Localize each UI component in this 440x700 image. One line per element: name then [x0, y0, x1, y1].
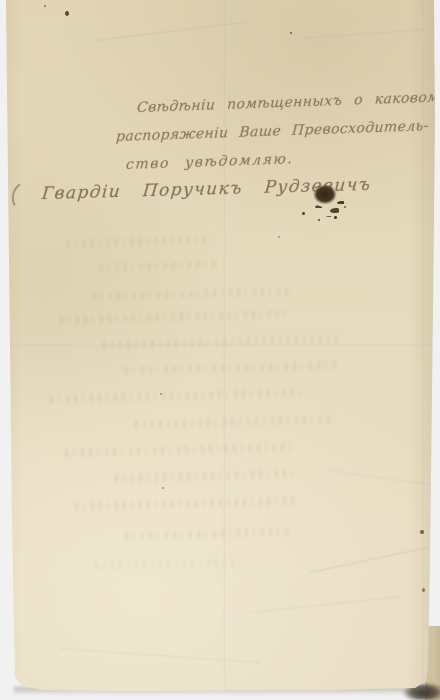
ink-showthrough-line: [70, 497, 295, 511]
ink-showthrough-line: [130, 415, 335, 429]
ink-showthrough-line: [120, 361, 340, 375]
ink-showthrough-line: [95, 260, 220, 271]
handwritten-line-3: ство увѣдомляю.: [125, 151, 294, 173]
ink-showthrough-line: [98, 335, 343, 350]
ink-showthrough-line: [62, 236, 212, 248]
wrinkle-bottom-1: [60, 648, 260, 663]
paper-speck: [65, 11, 69, 16]
ink-spatter-dot: [334, 216, 337, 219]
ink-spatter-dot: [344, 206, 346, 208]
paper-speck: [278, 236, 280, 238]
ink-showthrough-line: [88, 287, 288, 301]
crease-right-tear: [310, 547, 430, 574]
edge-tear-mark: [422, 588, 425, 592]
ink-showthrough-line: [55, 310, 290, 325]
paper-speck: [160, 393, 162, 395]
scanned-document: Свѣдѣніи помѣщенныхъ о каковомъ распоряж…: [0, 0, 440, 700]
paper-speck: [44, 5, 46, 7]
edge-tear-mark: [420, 530, 424, 534]
ink-showthrough-line: [110, 469, 295, 482]
paper-speck: [162, 487, 164, 489]
handwritten-line-1: Свѣдѣніи помѣщенныхъ о каковомъ: [136, 89, 440, 116]
ink-spatter-dot: [318, 219, 320, 221]
wrinkle-bottom-2: [250, 596, 399, 613]
crease-top-right: [300, 29, 430, 40]
handwritten-line-2: распоряженіи Ваше Превосходитель-: [115, 118, 429, 145]
manuscript-page: Свѣдѣніи помѣщенныхъ о каковомъ распоряж…: [0, 0, 440, 700]
ink-blot: [312, 184, 339, 207]
pen-flourish: [9, 178, 44, 216]
ink-showthrough-line: [120, 528, 290, 541]
paper-speck: [290, 32, 292, 34]
wrinkle-mid-right: [330, 470, 429, 485]
ink-showthrough-line: [45, 388, 300, 403]
ink-showthrough-line: [60, 443, 295, 458]
ink-showthrough-line: [90, 558, 240, 570]
crease-top-diagonal: [98, 22, 247, 42]
ink-spatter-dot: [302, 212, 305, 215]
